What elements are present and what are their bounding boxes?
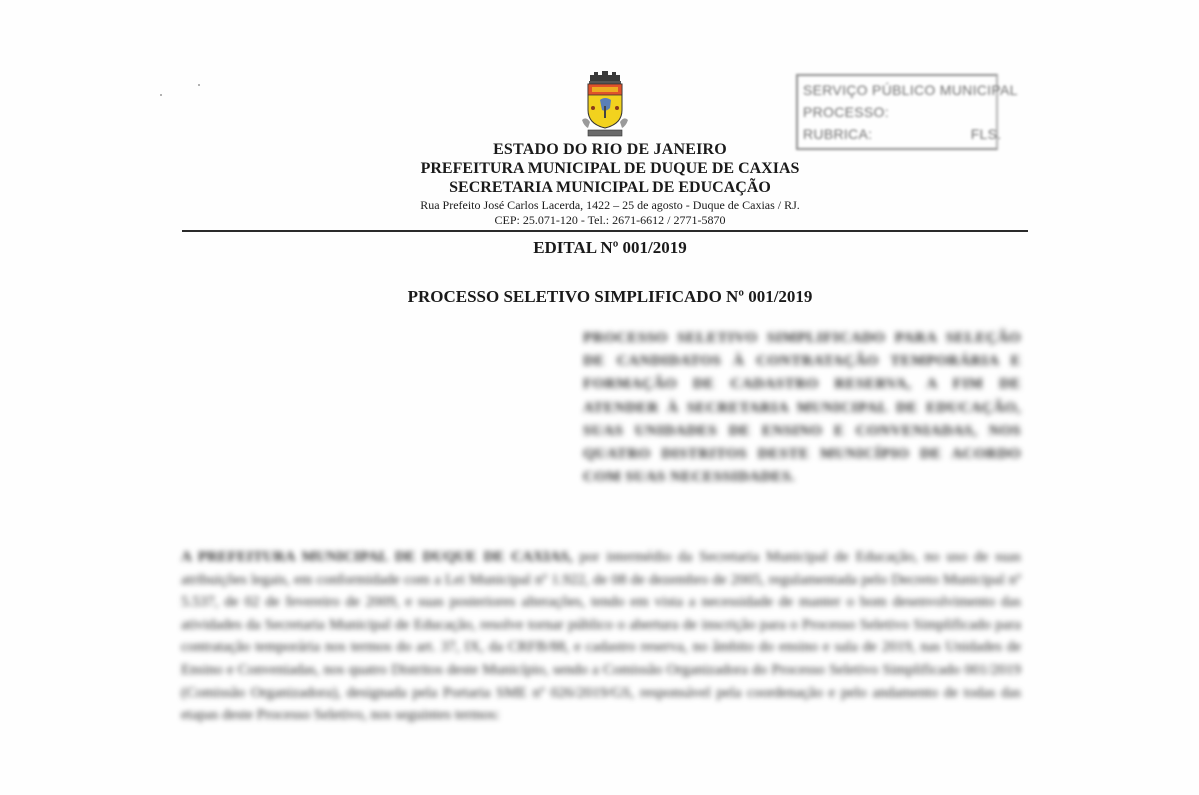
scan-speck [160, 94, 162, 96]
header-divider [182, 230, 1028, 232]
ementa-summary: PROCESSO SELETIVO SIMPLIFICADO PARA SELE… [583, 327, 1021, 489]
process-title: PROCESSO SELETIVO SIMPLIFICADO Nº 001/20… [300, 287, 920, 307]
edital-number: EDITAL Nº 001/2019 [380, 238, 840, 258]
header-state: ESTADO DO RIO DE JANEIRO [380, 141, 840, 159]
header-address: Rua Prefeito José Carlos Lacerda, 1422 –… [380, 198, 840, 213]
stamp-process-line: PROCESSO: ​ [803, 101, 996, 123]
protocol-stamp: SERVIÇO PÚBLICO MUNICIPAL PROCESSO: ​ RU… [796, 74, 998, 150]
stamp-rubric-label: RUBRICA: [803, 126, 872, 142]
scan-speck [198, 84, 200, 86]
stamp-page-label: FLS. [971, 126, 1002, 142]
document-page: SERVIÇO PÚBLICO MUNICIPAL PROCESSO: ​ RU… [0, 0, 1199, 795]
header-contact: CEP: 25.071-120 - Tel.: 2671-6612 / 2771… [380, 213, 840, 228]
coat-of-arms-icon [578, 70, 632, 138]
stamp-process-label: PROCESSO: [803, 104, 889, 120]
stamp-service-line: SERVIÇO PÚBLICO MUNICIPAL [803, 79, 996, 101]
body-text: por intermédio da Secretaria Municipal d… [181, 549, 1021, 723]
body-lead: A PREFEITURA MUNICIPAL DE DUQUE DE CAXIA… [181, 549, 572, 565]
header-prefecture: PREFEITURA MUNICIPAL DE DUQUE DE CAXIAS [380, 160, 840, 178]
body-paragraph: A PREFEITURA MUNICIPAL DE DUQUE DE CAXIA… [181, 546, 1021, 727]
header-secretariat: SECRETARIA MUNICIPAL DE EDUCAÇÃO [380, 179, 840, 197]
